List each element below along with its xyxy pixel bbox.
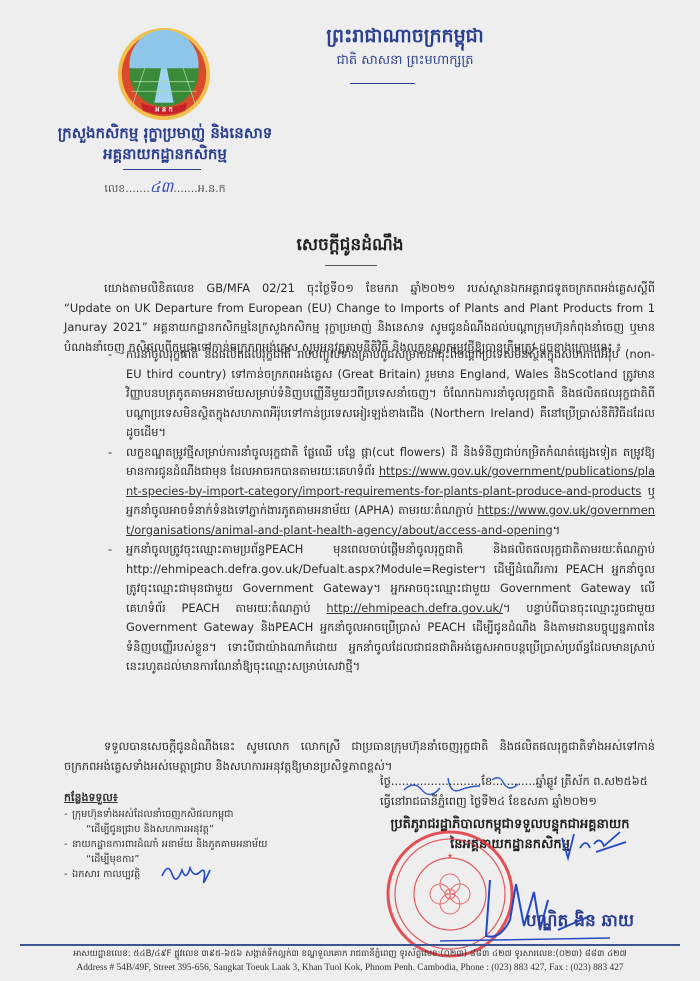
- list-item: - ការនាំចូលរុក្ខជាតិ និងផលិតផលរុក្ខជាតិ …: [94, 345, 655, 443]
- recipient-item: -ក្រុមហ៊ុនទាំងអស់ដែលនាំចេញកសិផលកម្ពុជា: [64, 807, 344, 822]
- footer-divider: [20, 944, 680, 946]
- document-title: សេចក្តីជូនដំណឹង: [0, 234, 700, 259]
- ministry-emblem-icon: អ ន ក: [116, 26, 212, 122]
- footer-address-khmer: អាសយដ្ឋានលេខ: ៥៤B/៤៩F ផ្លូវលេខ ៣៩៥-៦៥៦ ស…: [0, 949, 700, 961]
- initial-signature-icon: [560, 828, 630, 863]
- kingdom-motto: ជាតិ សាសនា ព្រះមហាក្សត្រ: [260, 52, 550, 71]
- ministry-name: ក្រសួងកសិកម្ម រុក្ខាប្រមាញ់ និងនេសាទ: [0, 124, 330, 146]
- peach-link[interactable]: http://ehmipeach.defra.gov.uk/: [326, 601, 503, 615]
- requirements-list: - ការនាំចូលរុក្ខជាតិ និងផលិតផលរុក្ខជាតិ …: [94, 345, 655, 677]
- footer-address-english: Address # 54B/49F, Street 395-656, Sangk…: [0, 963, 700, 973]
- svg-text:អ ន ក: អ ន ក: [154, 105, 173, 113]
- ref-number-handwritten: ៤៣: [150, 178, 173, 196]
- list-item: - អ្នកនាំចូលត្រូវចុះឈ្មោះតាមប្រព័ន្ធPEAC…: [94, 540, 655, 677]
- recipient-item: -នាយកដ្ឋានការពារដំណាំ អនាម័យ និងភូតគាមអន…: [64, 837, 344, 852]
- title-divider: [325, 265, 377, 266]
- signer-name: បណ្ឌិត ងិន ឆាយ: [500, 910, 660, 935]
- archive-initials-signature-icon: [160, 858, 220, 888]
- department-name: អគ្គនាយកដ្ឋានកសិកម្ម: [0, 145, 330, 167]
- recipient-note: “ដើម្បីជូនជ្រាប និងសហការអនុវត្ត”: [64, 822, 344, 837]
- svg-text:★: ★: [447, 852, 453, 860]
- ministry-divider: [123, 169, 201, 170]
- closing-paragraph: ទទួលបានសេចក្តីជូនដំណឹងនេះ សូមលោក លោកស្រី…: [64, 737, 655, 776]
- ref-suffix: .......អ.ន.ក: [173, 182, 225, 195]
- kingdom-divider: [350, 83, 415, 84]
- list-item: - លក្ខខណ្ឌតម្រូវថ្មីសម្រាប់ការនាំចូលរុក្…: [94, 443, 655, 541]
- kingdom-title: ព្រះរាជាណាចក្រកម្ពុជា: [260, 24, 550, 52]
- reference-number: លេខ.......៤៣.......អ.ន.ក: [0, 178, 330, 200]
- ref-prefix: លេខ.......: [104, 182, 149, 195]
- bullet-text: ការនាំចូលរុក្ខជាតិ និងផលិតផលរុក្ខជាតិ រា…: [126, 347, 655, 439]
- handwritten-date-icon: [400, 770, 530, 820]
- recipients-title: កន្លែងទទួល៖: [64, 790, 344, 805]
